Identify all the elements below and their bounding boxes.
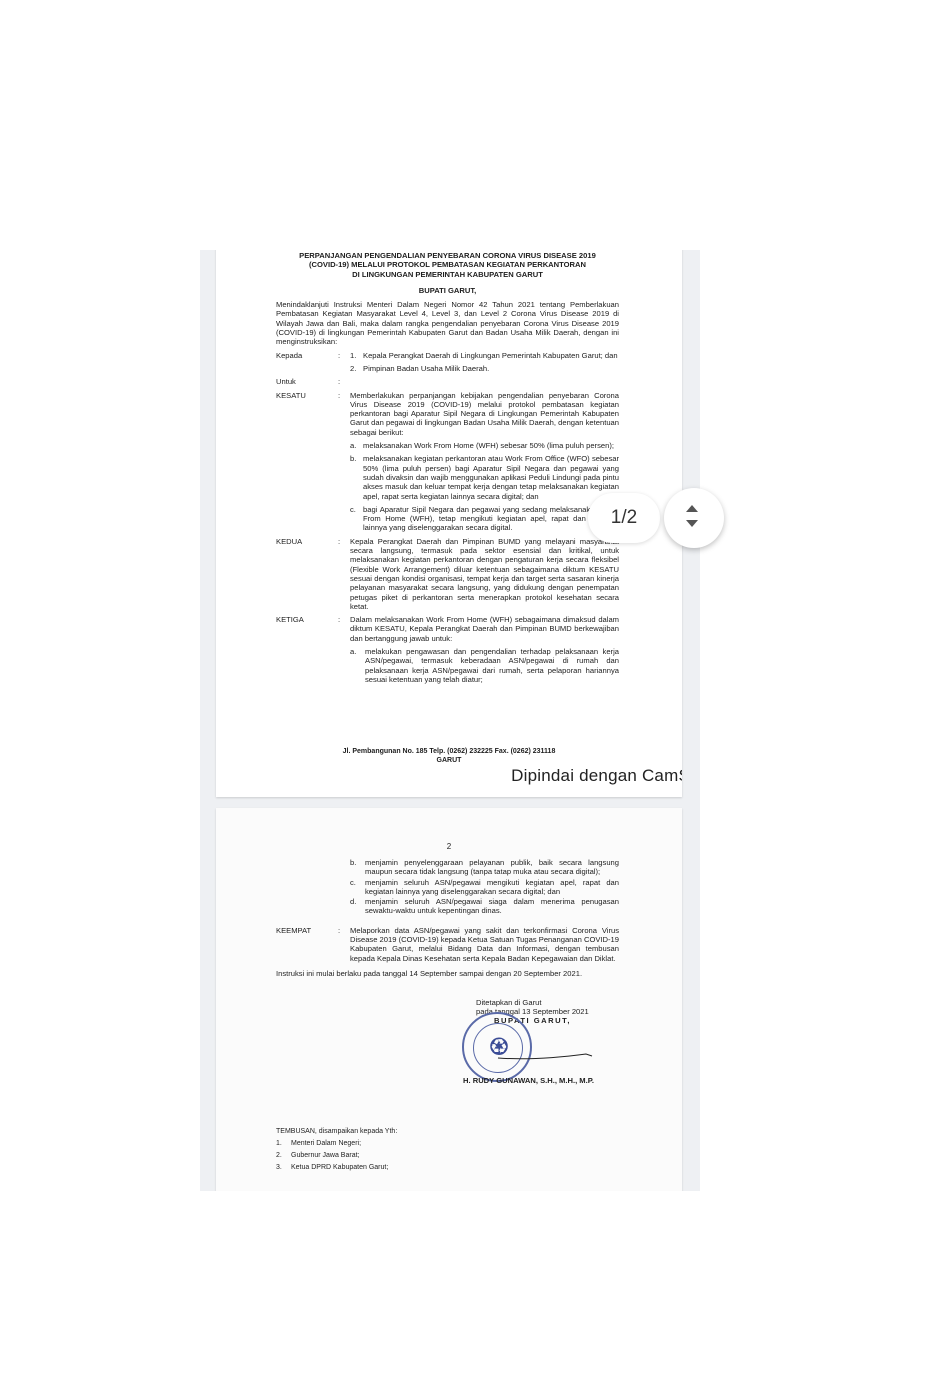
page-number: 2 bbox=[216, 842, 682, 851]
arrow-down-icon bbox=[686, 520, 698, 527]
colon: : bbox=[338, 351, 350, 374]
list-item: 1. Kepala Perangkat Daerah di Lingkungan… bbox=[350, 351, 619, 360]
page-1-content: TENTANG PERPANJANGAN PENGENDALIAN PENYEB… bbox=[276, 250, 619, 684]
list-item: b. menjamin penyelenggaraan pelayanan pu… bbox=[350, 858, 619, 877]
section-label: Kepada bbox=[276, 351, 338, 374]
arrow-up-icon bbox=[686, 505, 698, 512]
closing-statement: Instruksi ini mulai berlaku pada tanggal… bbox=[276, 969, 619, 978]
list-item: a. melakukan pengawasan dan pengendalian… bbox=[350, 647, 619, 684]
tembusan-heading: TEMBUSAN, disampaikan kepada Yth: bbox=[276, 1126, 619, 1137]
list-marker: a. bbox=[350, 647, 365, 684]
title-line: (COVID-19) MELALUI PROTOKOL PEMBATASAN K… bbox=[276, 260, 619, 269]
list-text: Ketua DPRD Kabupaten Garut; bbox=[291, 1162, 388, 1173]
list-text: bagi Aparatur Sipil Negara dan pegawai y… bbox=[363, 505, 619, 533]
ketiga-section: KETIGA : Dalam melaksanakan Work From Ho… bbox=[276, 615, 619, 684]
list-item: 3. Ketua DPRD Kabupaten Garut; bbox=[276, 1162, 619, 1173]
colon: : bbox=[338, 615, 350, 684]
footer-address: Jl. Pembangunan No. 185 Telp. (0262) 232… bbox=[216, 748, 682, 757]
list-text: melakukan pengawasan dan pengendalian te… bbox=[365, 647, 619, 684]
title-line: PERPANJANGAN PENGENDALIAN PENYEBARAN COR… bbox=[276, 251, 619, 260]
section-body: Dalam melaksanakan Work From Home (WFH) … bbox=[350, 615, 619, 684]
signature-place: Ditetapkan di Garut bbox=[476, 998, 541, 1007]
list-marker: 2. bbox=[276, 1150, 291, 1161]
list-marker: 2. bbox=[350, 364, 363, 373]
preamble: Menindaklanjuti Instruksi Menteri Dalam … bbox=[276, 300, 619, 346]
section-label: Untuk bbox=[276, 377, 338, 386]
section-text: Dalam melaksanakan Work From Home (WFH) … bbox=[350, 615, 619, 643]
list-text: melaksanakan kegiatan perkantoran atau W… bbox=[363, 454, 619, 500]
section-text: Kepala Perangkat Daerah dan Pimpinan BUM… bbox=[350, 537, 619, 611]
list-item: c. menjamin seluruh ASN/pegawai mengikut… bbox=[350, 878, 619, 897]
colon: : bbox=[338, 391, 350, 533]
list-marker: c. bbox=[350, 505, 363, 533]
signature-block: Ditetapkan di Garut pada tanggal 13 Sept… bbox=[276, 998, 619, 1088]
section-body: Memberlakukan perpanjangan kebijakan pen… bbox=[350, 391, 619, 533]
untuk-section: Untuk : bbox=[276, 377, 619, 386]
list-marker: a. bbox=[350, 441, 363, 450]
list-text: menjamin penyelenggaraan pelayanan publi… bbox=[365, 858, 619, 877]
list-text: menjamin seluruh ASN/pegawai mengikuti k… bbox=[365, 878, 619, 897]
list-marker: 1. bbox=[350, 351, 363, 360]
colon: : bbox=[338, 377, 350, 386]
list-text: melaksanakan Work From Home (WFH) sebesa… bbox=[363, 441, 619, 450]
section-body: 1. Kepala Perangkat Daerah di Lingkungan… bbox=[350, 351, 619, 374]
section-label: KEDUA bbox=[276, 537, 338, 611]
issuer: BUPATI GARUT, bbox=[276, 286, 619, 295]
list-item: 1. Menteri Dalam Negeri; bbox=[276, 1138, 619, 1149]
list-marker: b. bbox=[350, 454, 363, 500]
list-item: 2. Gubernur Jawa Barat; bbox=[276, 1150, 619, 1161]
section-text: Melaporkan data ASN/pegawai yang sakit d… bbox=[350, 926, 619, 963]
section-body bbox=[350, 377, 619, 386]
footer-city: GARUT bbox=[216, 757, 682, 766]
page-indicator: 1/2 bbox=[588, 493, 660, 543]
tembusan-section: TEMBUSAN, disampaikan kepada Yth: 1. Men… bbox=[276, 1126, 619, 1173]
scan-watermark: Dipindai dengan CamS bbox=[511, 766, 682, 786]
document-title: PERPANJANGAN PENGENDALIAN PENYEBARAN COR… bbox=[276, 251, 619, 279]
list-item: d. menjamin seluruh ASN/pegawai siaga da… bbox=[350, 897, 619, 916]
list-text: Pimpinan Badan Usaha Milik Daerah. bbox=[363, 364, 619, 373]
list-item: a. melaksanakan Work From Home (WFH) seb… bbox=[350, 441, 619, 450]
kedua-section: KEDUA : Kepala Perangkat Daerah dan Pimp… bbox=[276, 537, 619, 611]
page-footer: Jl. Pembangunan No. 185 Telp. (0262) 232… bbox=[216, 748, 682, 765]
document-page-2: 2 b. menjamin penyelenggaraan pelayanan … bbox=[216, 808, 682, 1191]
kepada-section: Kepada : 1. Kepala Perangkat Daerah di L… bbox=[276, 351, 619, 374]
list-item: b. melaksanakan kegiatan perkantoran ata… bbox=[350, 454, 619, 500]
ketiga-continued: b. menjamin penyelenggaraan pelayanan pu… bbox=[350, 858, 619, 916]
section-label: KESATU bbox=[276, 391, 338, 533]
page-2-content: b. menjamin penyelenggaraan pelayanan pu… bbox=[276, 858, 619, 1173]
title-line: DI LINGKUNGAN PEMERINTAH KABUPATEN GARUT bbox=[276, 270, 619, 279]
signatory-name: H. RUDY GUNAWAN, S.H., M.H., M.P. bbox=[463, 1076, 594, 1085]
list-text: Menteri Dalam Negeri; bbox=[291, 1138, 361, 1149]
list-marker: c. bbox=[350, 878, 365, 897]
list-text: Gubernur Jawa Barat; bbox=[291, 1150, 359, 1161]
pdf-viewer[interactable]: TENTANG PERPANJANGAN PENGENDALIAN PENYEB… bbox=[200, 250, 700, 1191]
signature-scribble bbox=[496, 1046, 596, 1070]
section-label: KEEMPAT bbox=[276, 926, 338, 963]
list-marker: 1. bbox=[276, 1138, 291, 1149]
colon: : bbox=[338, 537, 350, 611]
colon: : bbox=[338, 926, 350, 963]
kesatu-section: KESATU : Memberlakukan perpanjangan kebi… bbox=[276, 391, 619, 533]
list-marker: 3. bbox=[276, 1162, 291, 1173]
keempat-section: KEEMPAT : Melaporkan data ASN/pegawai ya… bbox=[276, 926, 619, 963]
list-text: Kepala Perangkat Daerah di Lingkungan Pe… bbox=[363, 351, 619, 360]
list-marker: b. bbox=[350, 858, 365, 877]
scroll-handle[interactable] bbox=[664, 488, 724, 548]
section-text: Memberlakukan perpanjangan kebijakan pen… bbox=[350, 391, 619, 437]
list-marker: d. bbox=[350, 897, 365, 916]
list-text: menjamin seluruh ASN/pegawai siaga dalam… bbox=[365, 897, 619, 916]
list-item: 2. Pimpinan Badan Usaha Milik Daerah. bbox=[350, 364, 619, 373]
list-item: c. bagi Aparatur Sipil Negara dan pegawa… bbox=[350, 505, 619, 533]
section-label: KETIGA bbox=[276, 615, 338, 684]
